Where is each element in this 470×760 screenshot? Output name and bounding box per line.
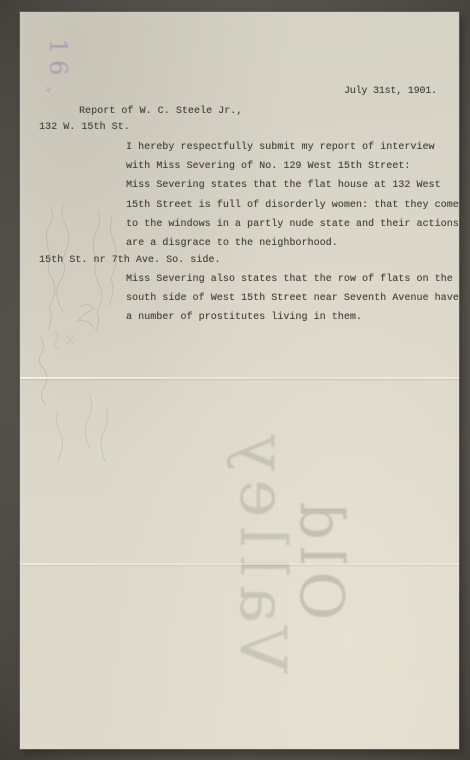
- body-line: 15th Street is full of disorderly women:…: [126, 200, 459, 212]
- body-line: Miss Severing states that the flat house…: [126, 180, 441, 192]
- body-line: a number of prostitutes living in them.: [126, 312, 362, 324]
- body-line: Miss Severing also states that the row o…: [126, 274, 453, 286]
- date-line: July 31st, 1901.: [344, 86, 437, 98]
- typewritten-text: July 31st, 1901. Report of W. C. Steele …: [20, 12, 459, 749]
- body-line: to the windows in a partly nude state an…: [126, 219, 459, 231]
- body-line: are a disgrace to the neighborhood.: [126, 238, 338, 250]
- body-line: south side of West 15th Street near Seve…: [126, 293, 459, 305]
- body-line: I hereby respectfully submit my report o…: [126, 142, 435, 154]
- photo-background: 16 × Valley Old July 31st,: [0, 0, 470, 760]
- address-line: 132 W. 15th St.: [39, 122, 130, 134]
- body-line: with Miss Severing of No. 129 West 15th …: [126, 161, 410, 173]
- location-line: 15th St. nr 7th Ave. So. side.: [39, 255, 221, 267]
- document-page: 16 × Valley Old July 31st,: [20, 12, 459, 749]
- report-heading: Report of W. C. Steele Jr.,: [79, 106, 242, 118]
